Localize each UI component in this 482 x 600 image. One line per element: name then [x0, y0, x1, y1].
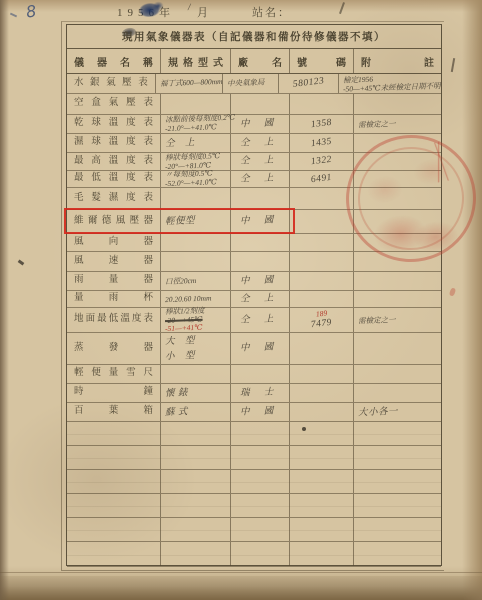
cell-remarks — [354, 365, 441, 383]
handwritten-entry: 仝 上 — [240, 293, 280, 305]
cell-factory: 仝 上 — [231, 171, 290, 187]
table-row: 毛髮濕度表 — [67, 188, 441, 210]
cell-instrument-name: 最低溫度表 — [67, 171, 161, 187]
cell-number — [290, 403, 354, 421]
table-row: 維爾德風壓器輕便型中 國 — [67, 210, 441, 234]
cell-spec-type — [161, 518, 231, 541]
cell-instrument-name: 蒸發器 — [67, 333, 161, 364]
cell-factory: 中 國 — [231, 210, 290, 233]
cell-instrument-name: 時鐘 — [67, 384, 161, 402]
table-row: 風向器 — [67, 234, 441, 252]
cell-factory — [231, 494, 290, 517]
handwritten-entry: 1358 — [310, 117, 332, 130]
cell-number — [290, 188, 354, 209]
handwritten-entry: 仝 上 — [240, 155, 280, 167]
instrument-name-label: 輕便量雪尺 — [67, 369, 160, 379]
cell-spec-type — [161, 94, 231, 114]
cell-remarks: 需檢定之一 — [354, 308, 441, 332]
table-row: 最低溫度表〃每刻度0.5℃-52.0°—+41.0℃仝 上6491 — [67, 171, 441, 188]
cell-instrument-name: 最高溫度表 — [67, 153, 161, 170]
handwritten-entry: 20.20.60 10mm — [161, 293, 230, 304]
cell-number: 1435 — [290, 134, 354, 152]
scanned-form-page: 1956年 / 月 站名： 8 現用氣象儀器表（自記儀器和備份待修儀器不填） 儀… — [0, 0, 482, 600]
cell-spec-type: 懷 錶 — [161, 384, 231, 402]
table-row: 蒸發器大 型小 型中 國 — [67, 333, 441, 365]
cell-remarks — [354, 153, 441, 170]
cell-spec-type: 口徑20cm — [161, 272, 231, 290]
instrument-name-label: 最低溫度表 — [67, 174, 160, 184]
cell-number: 1322 — [290, 153, 354, 170]
table-body: 水銀氣壓表福丁式600—800mm中央氣象局580123檢定1956-50—+4… — [67, 74, 441, 567]
cell-instrument-name — [67, 542, 161, 566]
handwritten-entry: 蘇 式 — [161, 405, 230, 418]
cell-spec-type — [161, 446, 231, 469]
cell-number: 1358 — [290, 115, 354, 133]
cell-spec-type: 20.20.60 10mm — [161, 291, 231, 307]
cell-spec-type — [161, 494, 231, 517]
cell-number — [290, 252, 354, 271]
cell-factory: 中 國 — [231, 403, 290, 421]
cell-remarks — [354, 384, 441, 402]
cell-factory: 仝 上 — [231, 153, 290, 170]
cell-spec-type: 大 型小 型 — [161, 333, 231, 364]
table-row: 百葉箱蘇 式中 國大小各一 — [67, 403, 441, 422]
cell-remarks — [354, 210, 441, 233]
cell-spec-type: 冰點前後每刻度0.2℃-21.0°—+41.0℃ — [161, 115, 231, 133]
handwritten-entry: 中 國 — [240, 406, 280, 418]
cell-instrument-name: 乾球溫度表 — [67, 115, 161, 133]
cell-number — [290, 272, 354, 290]
table-row: 輕便量雪尺 — [67, 365, 441, 384]
cell-instrument-name — [67, 422, 161, 445]
stray-pen-mark — [451, 58, 455, 72]
handwritten-entry: 小 型 — [161, 349, 230, 362]
cell-factory: 仝 上 — [231, 134, 290, 152]
table-row: 空盒氣壓表 — [67, 94, 441, 115]
instrument-name-label: 水銀氣壓表 — [67, 79, 155, 89]
table-row: 水銀氣壓表福丁式600—800mm中央氣象局580123檢定1956-50—+4… — [67, 74, 441, 94]
cell-factory: 瑞 士 — [231, 384, 290, 402]
cell-instrument-name: 維爾德風壓器 — [67, 210, 161, 233]
header-label: 廠名 — [231, 54, 289, 69]
handwritten-entry: 需檢定之一 — [354, 118, 441, 130]
cell-factory — [231, 518, 290, 541]
handwritten-entry: 6491 — [310, 172, 332, 185]
handwritten-entry: 福丁式600—800mm — [156, 78, 223, 89]
table-header-row: 儀器名稱 規格型式 廠名 號碼 附註 — [67, 49, 441, 74]
instrument-name-label: 雨量器 — [67, 276, 160, 286]
instrument-name-label: 乾球溫度表 — [67, 119, 160, 129]
cell-spec-type: 福丁式600—800mm — [156, 74, 224, 93]
cell-instrument-name: 水銀氣壓表 — [67, 74, 156, 93]
cell-factory: 仝 上 — [231, 291, 290, 307]
header-number: 號碼 — [290, 49, 354, 73]
stray-pen-mark — [339, 2, 345, 14]
table-row: 地面最低溫度表棒狀1/2刻度-20—+45℃-51—+41℃仝 上1897479… — [67, 308, 441, 333]
table-row-empty — [67, 494, 441, 518]
cell-number — [290, 470, 354, 493]
cell-number — [290, 518, 354, 541]
handwritten-entry: 仝 上 — [240, 314, 280, 326]
table-row: 雨量器口徑20cm中 國 — [67, 272, 441, 291]
cell-factory — [231, 542, 290, 566]
header-factory: 廠名 — [231, 49, 290, 73]
cell-spec-type: 輕便型 — [161, 210, 231, 233]
handwritten-entry: 懷 錶 — [161, 386, 230, 399]
cell-instrument-name — [67, 470, 161, 493]
cell-instrument-name: 空盒氣壓表 — [67, 94, 161, 114]
cell-remarks — [354, 494, 441, 517]
cell-factory: 中 國 — [231, 333, 290, 364]
pencil-tick-mark — [10, 13, 17, 18]
handwritten-entry: 中央氣象局 — [223, 78, 278, 89]
cell-factory — [231, 422, 290, 445]
cell-number — [290, 494, 354, 517]
cell-remarks — [354, 291, 441, 307]
cell-factory — [231, 470, 290, 493]
cell-remarks — [354, 188, 441, 209]
header-label: 附註 — [354, 54, 441, 69]
cell-number — [290, 422, 354, 445]
cell-instrument-name: 地面最低溫度表 — [67, 308, 161, 332]
cell-spec-type — [161, 365, 231, 383]
table-title: 現用氣象儀器表（自記儀器和備份待修儀器不填） — [67, 25, 441, 49]
handwritten-entry: 中 國 — [240, 342, 280, 354]
instrument-name-label: 最高溫度表 — [67, 157, 160, 167]
instrument-name-label: 毛髮濕度表 — [67, 194, 160, 204]
cell-spec-type: 仝 上 — [161, 134, 231, 152]
cell-factory: 中 國 — [231, 115, 290, 133]
cell-instrument-name: 輕便量雪尺 — [67, 365, 161, 383]
cell-remarks — [354, 134, 441, 152]
month-label: 月 — [197, 4, 208, 20]
instruments-table: 現用氣象儀器表（自記儀器和備份待修儀器不填） 儀器名稱 規格型式 廠名 號碼 附… — [66, 24, 442, 566]
cell-factory — [231, 446, 290, 469]
cell-factory: 中 國 — [231, 272, 290, 290]
cell-instrument-name: 量雨杯 — [67, 291, 161, 307]
handwritten-entry: 仝 上 — [240, 173, 280, 185]
instrument-name-label: 風向器 — [67, 238, 160, 248]
cell-instrument-name: 百葉箱 — [67, 403, 161, 421]
table-row-empty — [67, 446, 441, 470]
header-label: 號碼 — [290, 54, 353, 69]
handwritten-entry: 需檢定之一 — [354, 314, 441, 326]
handwritten-entry: 1322 — [310, 155, 332, 168]
cell-remarks — [354, 94, 441, 114]
handwritten-entry: 瑞 士 — [240, 387, 280, 399]
table-row-empty — [67, 470, 441, 494]
cell-spec-type — [161, 234, 231, 251]
cell-number — [290, 210, 354, 233]
cell-instrument-name: 毛髮濕度表 — [67, 188, 161, 209]
cell-number — [290, 365, 354, 383]
handwritten-entry: 7479 — [310, 318, 332, 331]
instrument-name-label: 風速器 — [67, 257, 160, 267]
table-row: 量雨杯20.20.60 10mm仝 上 — [67, 291, 441, 308]
station-name-label: 站名： — [252, 4, 291, 20]
handwritten-entry: -21.0°—+41.0℃ — [161, 123, 230, 134]
handwritten-entry: 580123 — [292, 76, 325, 91]
cell-remarks — [354, 272, 441, 290]
table-row-empty — [67, 542, 441, 567]
cell-spec-type — [161, 422, 231, 445]
instrument-name-label: 空盒氣壓表 — [67, 99, 160, 109]
cell-factory: 中央氣象局 — [223, 74, 279, 93]
cell-remarks: 檢定1956-50—+45℃未經檢定日期不明 — [339, 74, 441, 93]
cell-number — [290, 542, 354, 566]
cell-factory — [231, 252, 290, 271]
cell-factory — [231, 234, 290, 251]
cell-spec-type: 棒狀每刻度0.5℃-20°—+81.0℃ — [161, 153, 231, 170]
cell-remarks — [354, 171, 441, 187]
cell-remarks — [354, 333, 441, 364]
instrument-name-label: 濕球溫度表 — [67, 138, 160, 148]
handwritten-entry: 仝 上 — [161, 136, 230, 149]
instrument-name-label: 維爾德風壓器 — [67, 217, 160, 227]
cell-number — [290, 333, 354, 364]
cell-number — [290, 446, 354, 469]
cell-instrument-name: 濕球溫度表 — [67, 134, 161, 152]
cell-remarks — [354, 446, 441, 469]
instrument-name-label: 百葉箱 — [67, 407, 160, 417]
cell-remarks — [354, 518, 441, 541]
header-spec-type: 規格型式 — [161, 49, 231, 73]
cell-factory: 仝 上 — [231, 308, 290, 332]
cell-instrument-name — [67, 518, 161, 541]
table-row-empty — [67, 518, 441, 542]
cell-instrument-name: 雨量器 — [67, 272, 161, 290]
month-slash-handwritten: / — [184, 3, 192, 14]
paper-speck — [18, 260, 25, 266]
cell-instrument-name — [67, 446, 161, 469]
cell-spec-type: 〃每刻度0.5℃-52.0°—+41.0℃ — [161, 171, 231, 187]
handwritten-entry: 中 國 — [240, 118, 280, 130]
cell-spec-type: 蘇 式 — [161, 403, 231, 421]
cell-number — [290, 291, 354, 307]
cell-number: 6491 — [290, 171, 354, 187]
cell-spec-type — [161, 542, 231, 566]
table-row: 時鐘懷 錶瑞 士 — [67, 384, 441, 403]
handwritten-entry: 中 國 — [240, 215, 280, 227]
cell-factory — [231, 94, 290, 114]
cell-number — [290, 384, 354, 402]
cell-remarks — [354, 542, 441, 566]
handwritten-entry: 大小各一 — [354, 405, 441, 419]
cell-factory — [231, 365, 290, 383]
handwritten-entry: 仝 上 — [240, 137, 280, 149]
cell-remarks — [354, 422, 441, 445]
cell-spec-type: 棒狀1/2刻度-20—+45℃-51—+41℃ — [161, 308, 231, 332]
table-row: 風速器 — [67, 252, 441, 272]
red-ink-speck — [449, 287, 456, 296]
handwritten-entry: 輕便型 — [161, 215, 230, 228]
cell-factory — [231, 188, 290, 209]
cell-remarks — [354, 234, 441, 251]
cell-remarks: 大小各一 — [354, 403, 441, 421]
cell-number: 1897479 — [290, 308, 354, 332]
header-instrument-name: 儀器名稱 — [67, 49, 161, 73]
cell-spec-type — [161, 470, 231, 493]
cell-remarks — [354, 470, 441, 493]
cell-spec-type — [161, 188, 231, 209]
handwritten-entry: -50—+45℃未經檢定日期不明 — [339, 82, 441, 94]
instrument-name-label: 時鐘 — [67, 388, 160, 398]
paper-edge-shadow — [0, 576, 482, 600]
table-row-empty — [67, 422, 441, 446]
instrument-name-label: 量雨杯 — [67, 294, 160, 304]
instrument-name-label: 地面最低溫度表 — [67, 315, 160, 325]
cell-number — [290, 94, 354, 114]
table-row: 乾球溫度表冰點前後每刻度0.2℃-21.0°—+41.0℃中 國1358需檢定之… — [67, 115, 441, 134]
cell-remarks — [354, 252, 441, 271]
cell-number: 580123 — [279, 74, 339, 93]
instrument-name-label: 蒸發器 — [67, 344, 160, 354]
header-label: 規格型式 — [161, 54, 230, 69]
header-remarks: 附註 — [354, 49, 441, 73]
cell-instrument-name: 風向器 — [67, 234, 161, 251]
handwritten-entry: 中 國 — [240, 275, 280, 287]
cell-instrument-name: 風速器 — [67, 252, 161, 271]
handwritten-entry: 1435 — [310, 136, 332, 149]
handwritten-entry: 大 型 — [161, 334, 230, 347]
paper-crease — [0, 572, 482, 573]
handwritten-entry: 口徑20cm — [161, 275, 230, 286]
cell-remarks: 需檢定之一 — [354, 115, 441, 133]
cell-instrument-name — [67, 494, 161, 517]
corner-page-number: 8 — [25, 1, 38, 21]
cell-spec-type — [161, 252, 231, 271]
header-label: 儀器名稱 — [67, 54, 160, 69]
table-row: 濕球溫度表仝 上仝 上1435 — [67, 134, 441, 153]
table-row: 最高溫度表棒狀每刻度0.5℃-20°—+81.0℃仝 上1322 — [67, 153, 441, 171]
cell-number — [290, 234, 354, 251]
